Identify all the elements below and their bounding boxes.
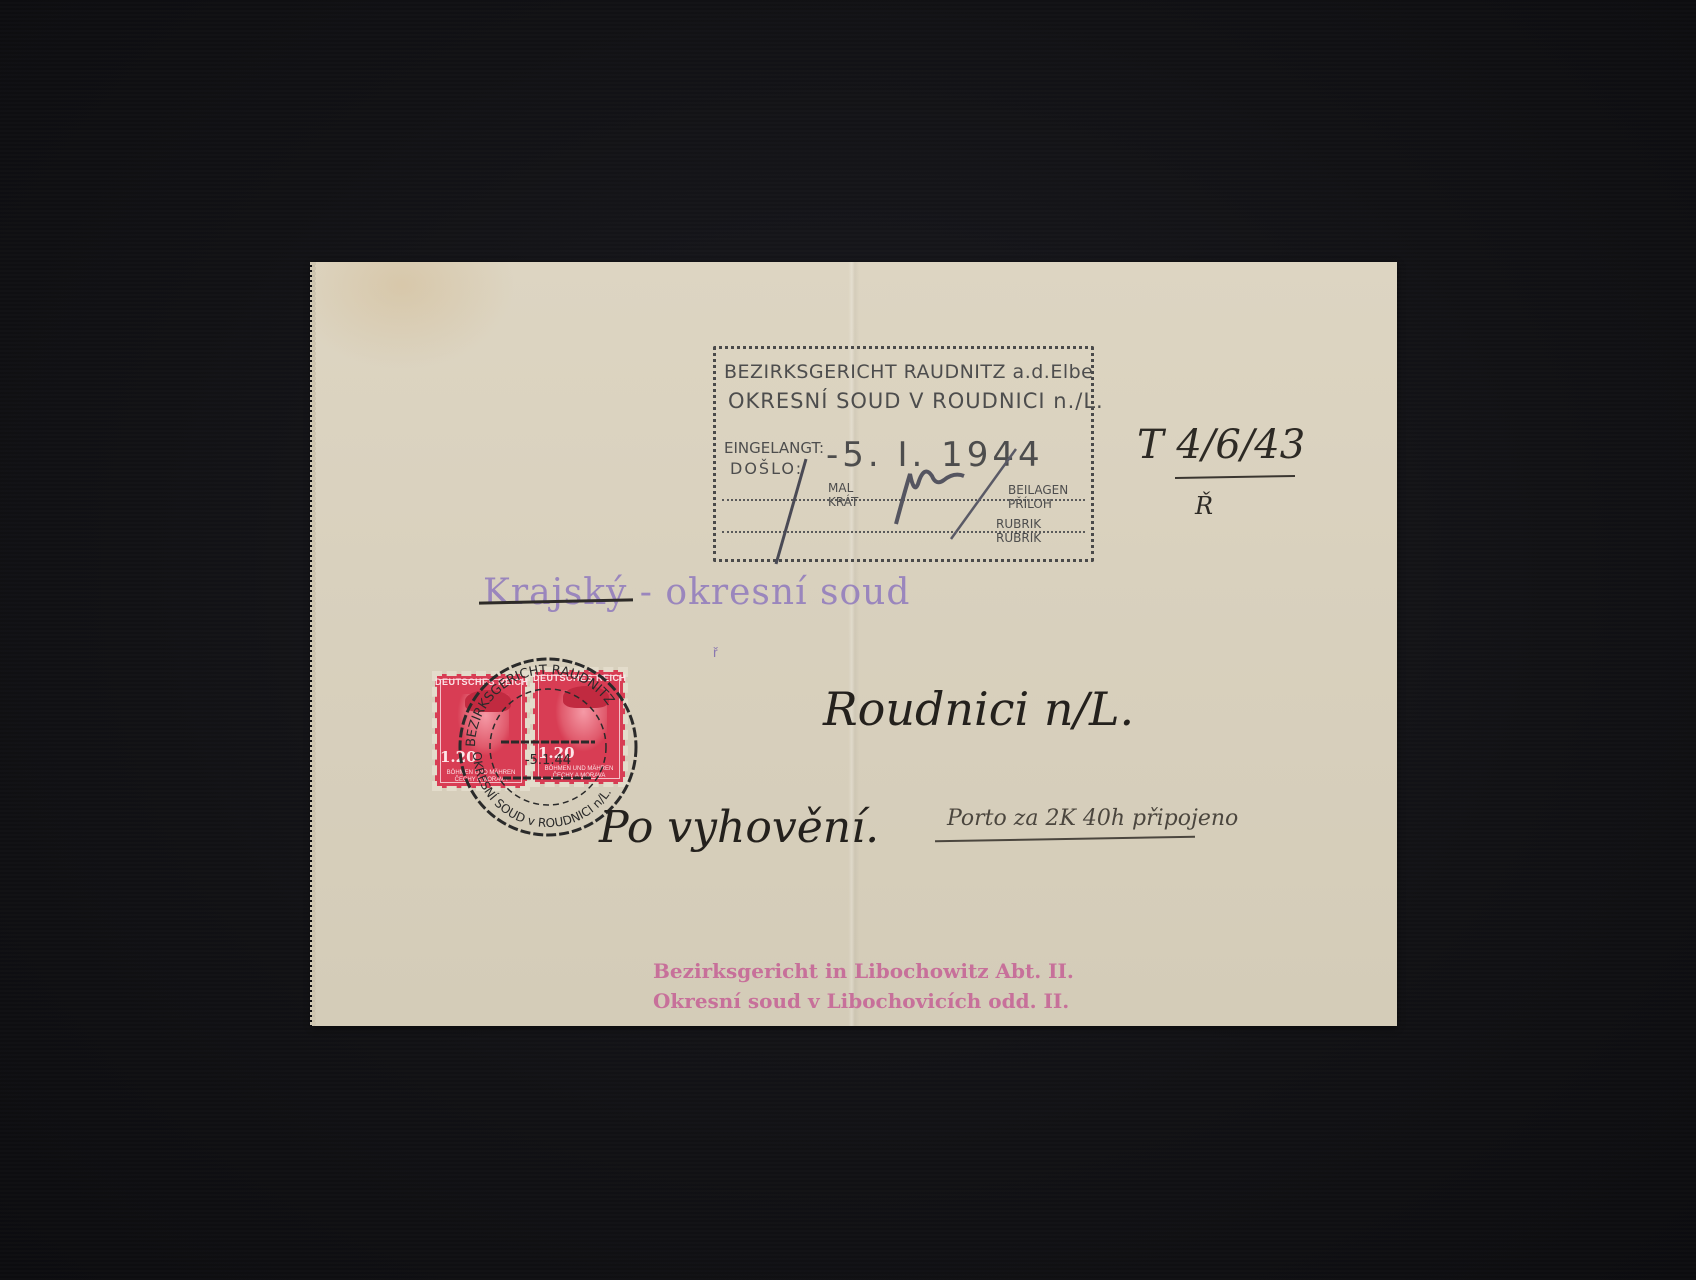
handwritten-postage-note: Porto za 2K 40h připojeno [947,806,1238,831]
struck-word: Krajský [483,572,627,613]
document-paper: BEZIRKSGERICHT RAUDNITZ a.d.Elbe OKRESNÍ… [312,262,1397,1026]
sender-stamp-line2: Okresní soud v Libochovicích odd. II. [653,986,1074,1016]
handwritten-signature [716,349,1091,559]
note-underline [935,836,1195,843]
file-reference-number: T 4/6/43 [1137,422,1305,468]
small-mark: ř [713,644,718,660]
handwritten-destination: Roudnici n/L. [823,682,1134,736]
svg-text:-5.1.44: -5.1.44 [525,753,571,768]
sender-stamp-line1: Bezirksgericht in Libochowitz Abt. II. [653,956,1074,986]
svg-text:BEZIRKSGERICHT RAUDNITZ: BEZIRKSGERICHT RAUDNITZ [464,663,617,747]
court-stamp: Krajský - okresní soud [483,572,910,613]
handwritten-instruction: Po vyhovění. [599,802,879,853]
file-reference-sub: Ř [1195,492,1213,520]
receipt-stamp: BEZIRKSGERICHT RAUDNITZ a.d.Elbe OKRESNÍ… [713,346,1094,562]
court-stamp-rest: - okresní soud [627,572,910,613]
sender-stamp: Bezirksgericht in Libochowitz Abt. II. O… [653,956,1074,1016]
file-reference-underline [1175,475,1295,479]
